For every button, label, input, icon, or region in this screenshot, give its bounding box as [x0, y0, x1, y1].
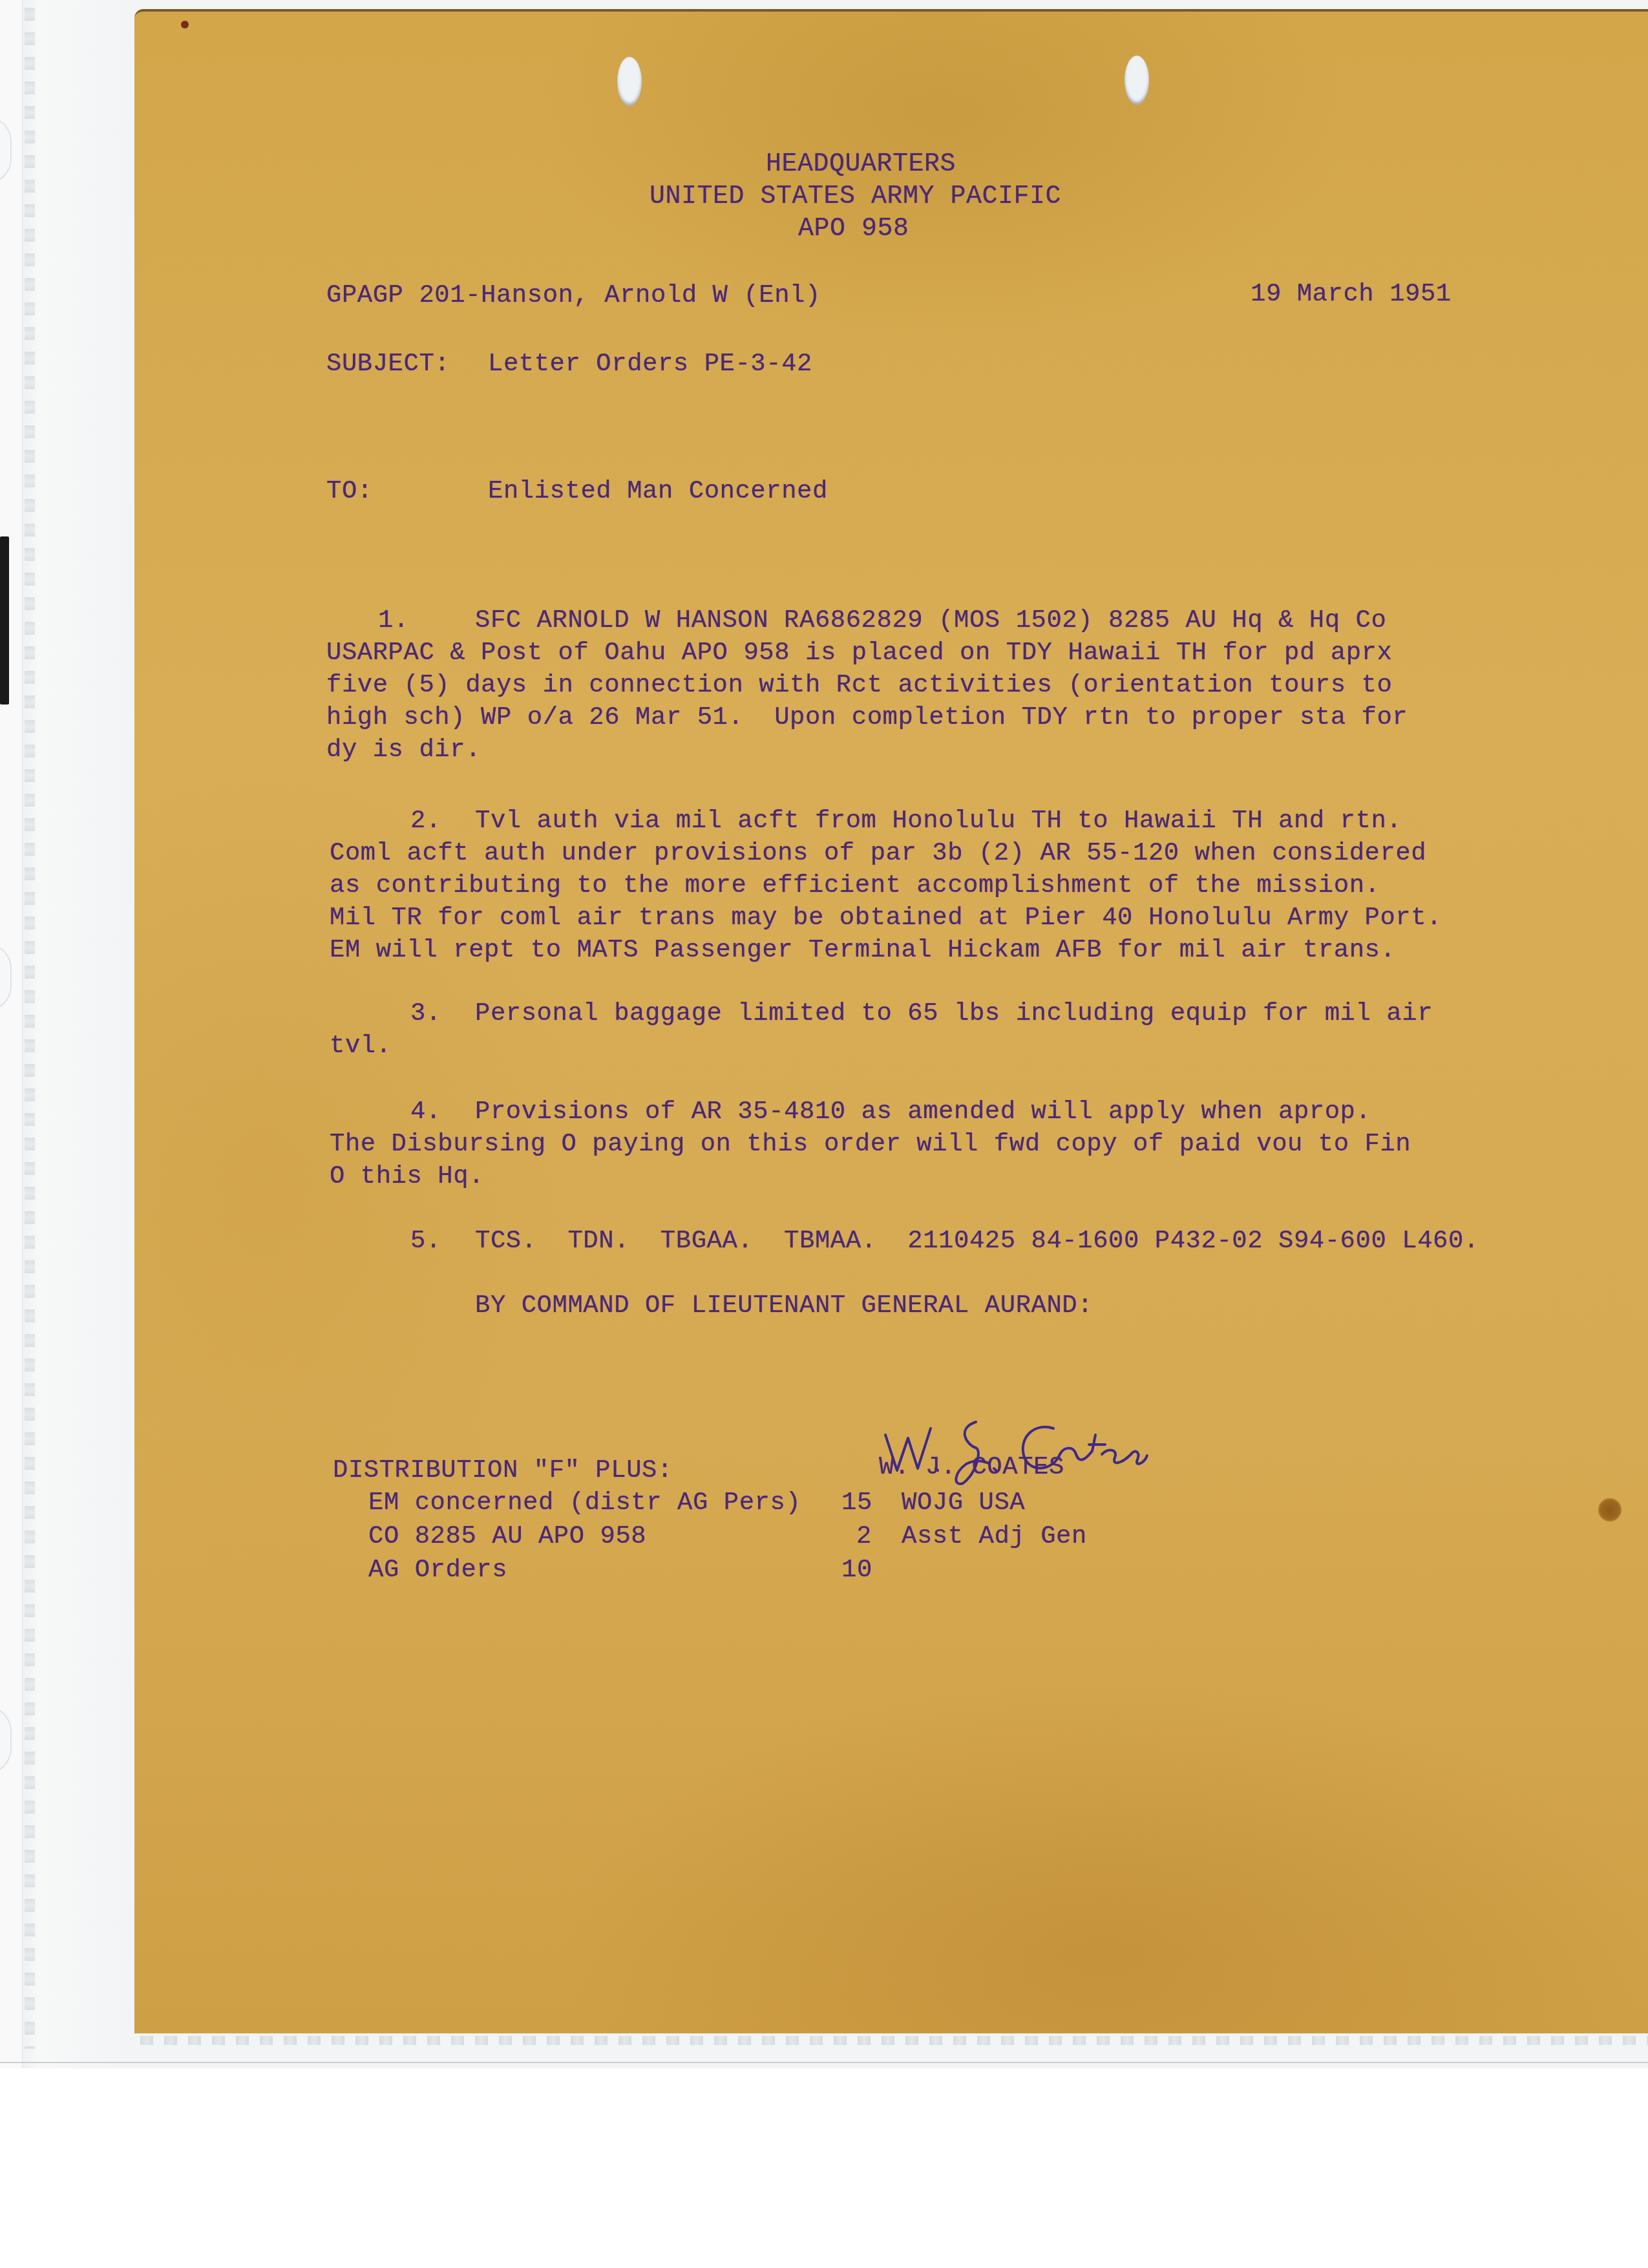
paragraph-1-line-2: USARPAC & Post of Oahu APO 958 is placed… — [326, 637, 1392, 669]
spine-label-fragment — [0, 536, 9, 705]
to-label: TO: — [326, 475, 373, 507]
to-value: Enlisted Man Concerned — [488, 475, 828, 507]
paragraph-3-line-1: Personal baggage limited to 65 lbs inclu… — [475, 997, 1433, 1030]
letter-date: 19 March 1951 — [1251, 278, 1452, 310]
paragraph-1-line-3: five (5) days in connection with Rct act… — [326, 669, 1392, 701]
distribution-item-label: EM concerned (distr AG Pers) — [368, 1487, 801, 1519]
letterhead-apo: APO 958 — [798, 213, 909, 246]
paragraph-2-line-3: as contributing to the more efficient ac… — [330, 869, 1380, 902]
letterhead-command: UNITED STATES ARMY PACIFIC — [650, 181, 1061, 213]
distribution-item-count: 15 — [841, 1487, 872, 1519]
distribution-item-label: AG Orders — [368, 1554, 507, 1586]
signer-name: W. J. COATES — [879, 1451, 1064, 1483]
sleeve-perforation-left — [25, 0, 35, 2049]
paragraph-4-line-3: O this Hq. — [330, 1160, 484, 1192]
paragraph-2-number: 2. — [410, 805, 441, 837]
distribution-item-count: 10 — [841, 1554, 872, 1586]
paragraph-2-line-2: Coml acft auth under provisions of par 3… — [330, 837, 1426, 869]
signer-title: Asst Adj Gen — [902, 1520, 1087, 1553]
sleeve-perforation-bottom — [134, 2036, 1648, 2045]
signer-rank: WOJG USA — [902, 1487, 1025, 1519]
paragraph-4-line-1: Provisions of AR 35-4810 as amended will… — [475, 1096, 1371, 1128]
sleeve-bottom-edge — [0, 2062, 1648, 2063]
paragraph-2-line-5: EM will rept to MATS Passenger Terminal … — [330, 934, 1395, 966]
paragraph-1-line-5: dy is dir. — [326, 734, 481, 766]
command-line: BY COMMAND OF LIEUTENANT GENERAL AURAND: — [475, 1289, 1093, 1322]
paragraph-5-number: 5. — [410, 1225, 441, 1257]
paragraph-3-number: 3. — [410, 997, 441, 1030]
paragraph-5-line-1: TCS. TDN. TBGAA. TBMAA. 2110425 84-1600 … — [475, 1225, 1479, 1257]
paragraph-1-line-1: SFC ARNOLD W HANSON RA6862829 (MOS 1502)… — [475, 604, 1386, 637]
punch-hole-right — [1125, 56, 1149, 105]
subject-label: SUBJECT: — [326, 348, 450, 380]
ink-spot — [181, 21, 189, 28]
distribution-heading: DISTRIBUTION "F" PLUS: — [333, 1454, 673, 1487]
paragraph-2-line-4: Mil TR for coml air trans may be obtaine… — [330, 902, 1442, 934]
paragraph-1-number: 1. — [378, 604, 409, 637]
paragraph-4-line-2: The Disbursing O paying on this order wi… — [330, 1128, 1411, 1160]
paper-stain — [1598, 1498, 1622, 1521]
file-reference: GPAGP 201-Hanson, Arnold W (Enl) — [326, 279, 821, 312]
letterhead-headquarters: HEADQUARTERS — [766, 149, 956, 181]
paragraph-4-number: 4. — [410, 1096, 441, 1128]
subject-value: Letter Orders PE-3-42 — [488, 348, 812, 380]
paragraph-1-line-4: high sch) WP o/a 26 Mar 51. Upon complet… — [326, 701, 1408, 734]
paragraph-3-line-2: tvl. — [330, 1030, 392, 1062]
punch-hole-left — [617, 57, 642, 106]
distribution-item-count: 2 — [856, 1520, 872, 1553]
paragraph-2-line-1: Tvl auth via mil acft from Honolulu TH t… — [475, 805, 1402, 837]
distribution-item-label: CO 8285 AU APO 958 — [368, 1520, 646, 1553]
